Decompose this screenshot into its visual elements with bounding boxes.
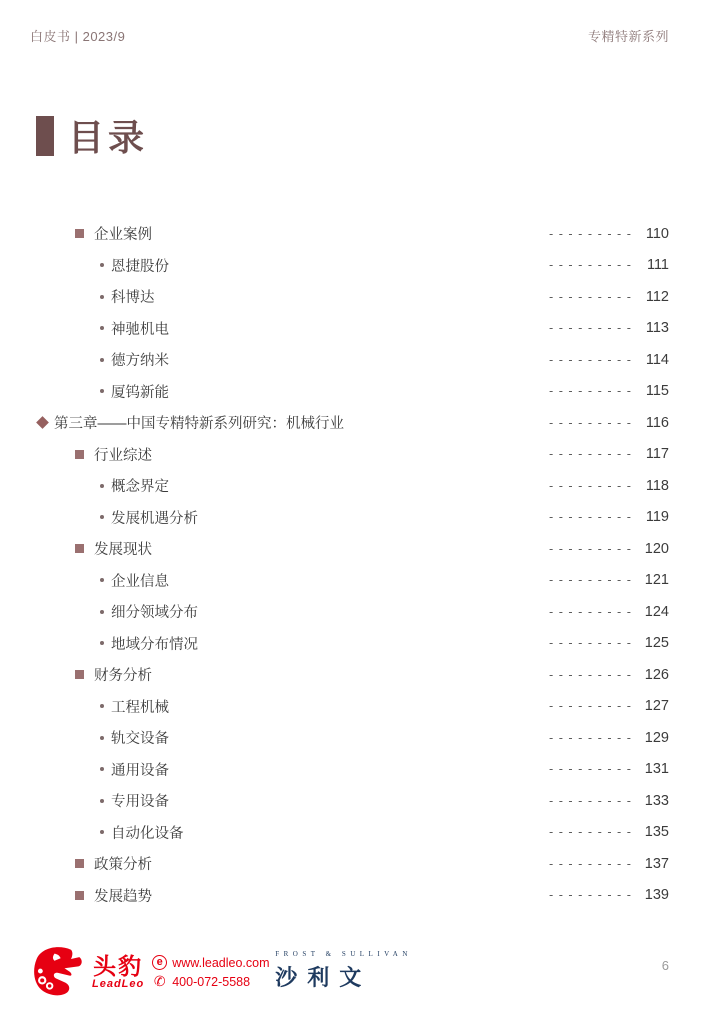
toc-bullet-icon: [100, 830, 104, 834]
toc-entry-label: 细分领域分布: [111, 601, 198, 622]
toc-entry-label: 科博达: [111, 286, 155, 307]
toc-page-number: 133: [641, 793, 669, 809]
toc-entry-label: 专用设备: [111, 790, 169, 811]
toc-dotted-leader: ---------: [547, 888, 635, 902]
toc-bullet-icon: [75, 891, 84, 900]
toc-entry[interactable]: 地域分布情况 --------- 125: [30, 628, 669, 660]
toc-entry[interactable]: 专用设备 --------- 133: [30, 785, 669, 817]
toc-page-number: 118: [641, 478, 669, 494]
toc-page-number: 119: [641, 509, 669, 525]
toc-entry[interactable]: 通用设备 --------- 131: [30, 754, 669, 786]
leadleo-website: www.leadleo.com: [172, 956, 269, 970]
toc-bullet-icon: [75, 670, 84, 679]
toc-entry[interactable]: 企业案例 --------- 110: [30, 218, 669, 250]
toc-page-number: 124: [641, 604, 669, 620]
toc-page-number: 112: [641, 289, 669, 305]
toc-page-number: 110: [641, 226, 669, 242]
toc-entry-label: 神驰机电: [111, 318, 169, 339]
phone-icon: ✆: [152, 974, 167, 989]
toc-dotted-leader: ---------: [547, 636, 635, 650]
toc-page-number: 116: [641, 415, 669, 431]
toc-entry-label: 企业案例: [94, 223, 152, 244]
toc-bullet-icon: [75, 450, 84, 459]
leadleo-name: 头豹 LeadLeo: [92, 954, 144, 990]
toc-entry-label: 工程机械: [111, 696, 169, 717]
toc-page-number: 114: [641, 352, 669, 368]
toc-bullet-icon: [100, 263, 104, 267]
toc-title-row: 目录: [36, 110, 148, 161]
toc-entry[interactable]: 发展机遇分析 --------- 119: [30, 502, 669, 534]
toc-entry[interactable]: 政策分析 --------- 137: [30, 848, 669, 880]
toc-entry[interactable]: 德方纳米 --------- 114: [30, 344, 669, 376]
toc-dotted-leader: ---------: [547, 416, 635, 430]
toc-bullet-icon: [36, 416, 49, 429]
toc-bullet-icon: [100, 799, 104, 803]
leadleo-brand: 头豹 LeadLeo e www.leadleo.com ✆ 400-072-5…: [30, 946, 270, 998]
toc-entry-label: 发展机遇分析: [111, 507, 198, 528]
toc-bullet-icon: [100, 578, 104, 582]
toc-dotted-leader: ---------: [547, 542, 635, 556]
leadleo-name-cn: 头豹: [92, 954, 144, 978]
toc-page-number: 120: [641, 541, 669, 557]
toc-dotted-leader: ---------: [547, 227, 635, 241]
toc-page-number: 115: [641, 383, 669, 399]
toc-entry-label: 通用设备: [111, 759, 169, 780]
toc-entry[interactable]: 行业综述 --------- 117: [30, 439, 669, 471]
toc-entry-label: 自动化设备: [111, 822, 184, 843]
toc-bullet-icon: [100, 389, 104, 393]
toc-bullet-icon: [100, 358, 104, 362]
toc-bullet-icon: [100, 704, 104, 708]
toc-entry[interactable]: 财务分析 --------- 126: [30, 659, 669, 691]
leadleo-phone: 400-072-5588: [172, 975, 250, 989]
toc-dotted-leader: ---------: [547, 825, 635, 839]
page-title: 目录: [68, 110, 148, 161]
toc-entry[interactable]: 工程机械 --------- 127: [30, 691, 669, 723]
toc-entry[interactable]: 细分领域分布 --------- 124: [30, 596, 669, 628]
toc-dotted-leader: ---------: [547, 857, 635, 871]
toc-entry[interactable]: 神驰机电 --------- 113: [30, 313, 669, 345]
toc-entry-label: 厦钨新能: [111, 381, 169, 402]
toc-dotted-leader: ---------: [547, 699, 635, 713]
toc-entry-label: 政策分析: [94, 853, 152, 874]
toc-page-number: 111: [641, 257, 669, 273]
toc-entry-label: 德方纳米: [111, 349, 169, 370]
toc-page-number: 127: [641, 698, 669, 714]
toc-entry[interactable]: 发展现状 --------- 120: [30, 533, 669, 565]
toc-entry[interactable]: 发展趋势 --------- 139: [30, 880, 669, 912]
table-of-contents: 企业案例 --------- 110 恩捷股份 --------- 111 科博…: [30, 218, 669, 911]
toc-entry[interactable]: 企业信息 --------- 121: [30, 565, 669, 597]
toc-entry[interactable]: 科博达 --------- 112: [30, 281, 669, 313]
toc-entry[interactable]: 第三章——中国专精特新系列研究：机械行业 --------- 116: [30, 407, 669, 439]
toc-dotted-leader: ---------: [547, 510, 635, 524]
toc-bullet-icon: [100, 295, 104, 299]
toc-entry-label: 恩捷股份: [111, 255, 169, 276]
toc-entry[interactable]: 自动化设备 --------- 135: [30, 817, 669, 849]
toc-page-number: 117: [641, 446, 669, 462]
toc-dotted-leader: ---------: [547, 668, 635, 682]
toc-page-number: 131: [641, 761, 669, 777]
toc-entry-label: 企业信息: [111, 570, 169, 591]
toc-page-number: 126: [641, 667, 669, 683]
frost-sullivan-name-en: FROST & SULLIVAN: [275, 950, 412, 958]
header-right-label: 专精特新系列: [588, 26, 669, 45]
toc-dotted-leader: ---------: [547, 573, 635, 587]
toc-bullet-icon: [100, 326, 104, 330]
toc-bullet-icon: [100, 610, 104, 614]
page-header: 白皮书 | 2023/9 专精特新系列: [30, 26, 669, 45]
toc-bullet-icon: [100, 484, 104, 488]
toc-entry-label: 第三章——中国专精特新系列研究：机械行业: [54, 412, 344, 433]
toc-page-number: 137: [641, 856, 669, 872]
toc-bullet-icon: [75, 859, 84, 868]
leadleo-contact: e www.leadleo.com ✆ 400-072-5588: [152, 953, 269, 991]
toc-page-number: 129: [641, 730, 669, 746]
toc-page-number: 113: [641, 320, 669, 336]
toc-dotted-leader: ---------: [547, 353, 635, 367]
frost-sullivan-brand: FROST & SULLIVAN 沙利文: [275, 950, 412, 992]
footer-page-number: 6: [662, 958, 669, 973]
toc-entry[interactable]: 恩捷股份 --------- 111: [30, 250, 669, 282]
page-footer: 头豹 LeadLeo e www.leadleo.com ✆ 400-072-5…: [30, 944, 679, 1006]
title-accent-block: [36, 116, 54, 156]
toc-entry[interactable]: 概念界定 --------- 118: [30, 470, 669, 502]
toc-dotted-leader: ---------: [547, 321, 635, 335]
toc-dotted-leader: ---------: [547, 731, 635, 745]
toc-page-number: 139: [641, 887, 669, 903]
toc-dotted-leader: ---------: [547, 290, 635, 304]
leadleo-name-en: LeadLeo: [92, 978, 144, 990]
toc-dotted-leader: ---------: [547, 384, 635, 398]
toc-bullet-icon: [100, 767, 104, 771]
toc-dotted-leader: ---------: [547, 258, 635, 272]
globe-icon: e: [152, 955, 167, 970]
toc-entry-label: 轨交设备: [111, 727, 169, 748]
toc-page-number: 121: [641, 572, 669, 588]
toc-bullet-icon: [100, 641, 104, 645]
frost-sullivan-name-cn: 沙利文: [275, 961, 412, 992]
toc-bullet-icon: [100, 736, 104, 740]
leadleo-website-line: e www.leadleo.com: [152, 953, 269, 972]
toc-bullet-icon: [75, 229, 84, 238]
toc-entry-label: 行业综述: [94, 444, 152, 465]
toc-dotted-leader: ---------: [547, 447, 635, 461]
toc-dotted-leader: ---------: [547, 794, 635, 808]
leadleo-phone-line: ✆ 400-072-5588: [152, 972, 269, 991]
toc-dotted-leader: ---------: [547, 605, 635, 619]
header-left-label: 白皮书 | 2023/9: [30, 26, 125, 45]
toc-entry-label: 财务分析: [94, 664, 152, 685]
toc-entry-label: 发展趋势: [94, 885, 152, 906]
document-page: 白皮书 | 2023/9 专精特新系列 目录 企业案例 --------- 11…: [0, 0, 709, 1024]
toc-dotted-leader: ---------: [547, 762, 635, 776]
toc-page-number: 125: [641, 635, 669, 651]
toc-entry[interactable]: 轨交设备 --------- 129: [30, 722, 669, 754]
toc-page-number: 135: [641, 824, 669, 840]
toc-entry-label: 发展现状: [94, 538, 152, 559]
leadleo-leopard-logo-icon: [30, 946, 86, 998]
toc-entry-label: 地域分布情况: [111, 633, 198, 654]
toc-bullet-icon: [75, 544, 84, 553]
toc-entry[interactable]: 厦钨新能 --------- 115: [30, 376, 669, 408]
toc-dotted-leader: ---------: [547, 479, 635, 493]
toc-entry-label: 概念界定: [111, 475, 169, 496]
toc-bullet-icon: [100, 515, 104, 519]
